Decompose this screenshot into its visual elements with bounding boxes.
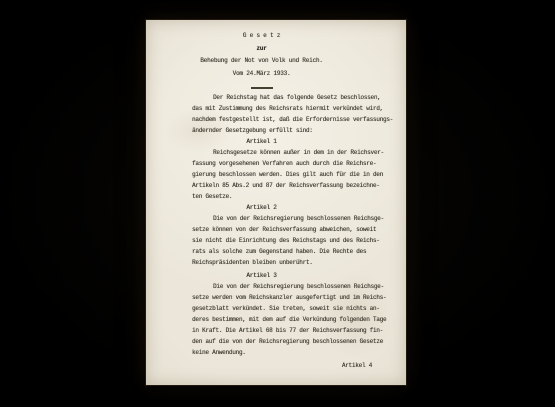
document-title: G e s e t z zur Behebung der Not von Vol…	[192, 20, 383, 80]
doc-line: nachdem festgestellt ist, daß die Erford…	[192, 114, 383, 125]
doc-line: den auf die von der Reichsregierung besc…	[192, 336, 383, 347]
doc-line: in Kraft. Die Artikel 68 bis 77 der Reic…	[192, 325, 383, 336]
document-page: G e s e t z zur Behebung der Not von Vol…	[146, 20, 406, 385]
title-line-gesetz: G e s e t z	[166, 30, 357, 43]
doc-line: sie nicht die Einrichtung des Reichstags…	[192, 235, 383, 246]
doc-line: setze können von der Reichsverfassung ab…	[192, 224, 383, 235]
document-body: Der Reichstag hat das folgende Gesetz be…	[192, 92, 383, 371]
article-heading-2: Artikel 2	[166, 202, 357, 213]
doc-line: deres bestimmen, mit dem auf die Verkünd…	[192, 314, 383, 325]
doc-line: Die von der Reichsregierung beschlossene…	[192, 213, 383, 224]
doc-line: gesetzblatt verkündet. Sie treten, sowei…	[192, 303, 383, 314]
article-heading-4: Artikel 4	[192, 360, 383, 371]
photo-background: G e s e t z zur Behebung der Not von Vol…	[0, 0, 555, 407]
doc-line: ten Gesetze.	[192, 191, 383, 202]
title-line-date: Vom 24.März 1933.	[166, 68, 357, 81]
doc-line: gierung beschlossen werden. Dies gilt au…	[192, 169, 383, 180]
doc-line: setze werden vom Reichskanzler ausgefert…	[192, 292, 383, 303]
doc-line: Der Reichstag hat das folgende Gesetz be…	[192, 92, 383, 103]
document-text-column: G e s e t z zur Behebung der Not von Vol…	[192, 20, 383, 371]
doc-line: fassung vorgesehenen Verfahren auch durc…	[192, 158, 383, 169]
doc-line: rats als solche zum Gegenstand haben. Di…	[192, 246, 383, 257]
doc-line: ändernder Gesetzgebung erfüllt sind:	[192, 125, 383, 136]
article-heading-3: Artikel 3	[166, 270, 357, 281]
title-line-subject: Behebung der Not von Volk und Reich.	[166, 55, 357, 68]
doc-line: Die von der Reichsregierung beschlossene…	[192, 281, 383, 292]
doc-line: Artikeln 85 Abs.2 und 87 der Reichsverfa…	[192, 180, 383, 191]
article-heading-1: Artikel 1	[166, 136, 357, 147]
doc-line: keine Anwendung.	[192, 347, 383, 358]
doc-line: Reichspräsidenten bleiben unberührt.	[192, 257, 383, 268]
doc-line: Reichsgesetze können außer in dem in der…	[192, 147, 383, 158]
divider-rule	[251, 87, 273, 89]
doc-line: das mit Zustimmung des Reichsrats hiermi…	[192, 103, 383, 114]
title-line-zur: zur	[166, 43, 357, 56]
